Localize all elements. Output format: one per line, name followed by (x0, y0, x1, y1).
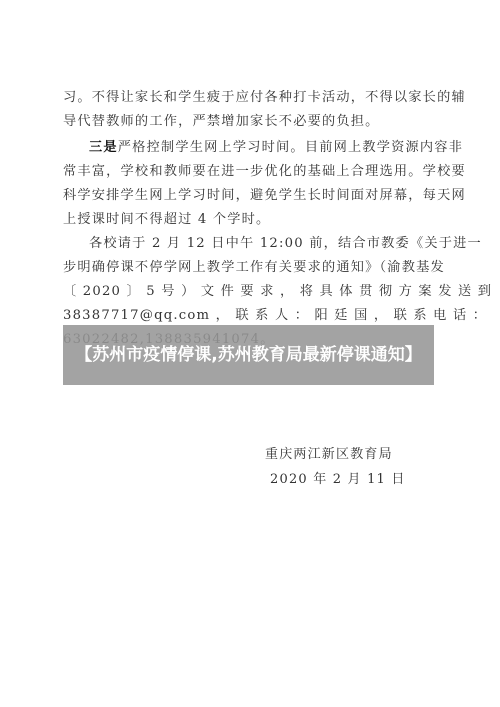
text-line: 各校请于 2 月 12 日中午 12:00 前，结合市教委《关于进一 (63, 232, 435, 256)
text-line: 习。不得让家长和学生疲于应付各种打卡活动，不得以家长的辅 (63, 86, 435, 110)
text-line: 三是严格控制学生网上学习时间。目前网上教学资源内容非 (63, 136, 435, 160)
overlay-title: 【苏州市疫情停课,苏州教育局最新停课通知】 (74, 344, 424, 366)
signature-date: 2020 年 2 月 11 日 (270, 468, 406, 487)
text-line: 上授课时间不得超过 4 个学时。 (63, 208, 435, 232)
signature-organization: 重庆两江新区教育局 (265, 443, 393, 462)
text-line: 导代替教师的工作，严禁增加家长不必要的负担。 (63, 110, 435, 134)
document-page: 习。不得让家长和学生疲于应付各种打卡活动，不得以家长的辅 导代替教师的工作，严禁… (0, 0, 500, 707)
text-line: 步明确停课不停学网上教学工作有关要求的通知》（渝教基发 (63, 256, 435, 280)
text-span: 严格控制学生网上学习时间。目前网上教学资源内容非 (118, 140, 463, 155)
text-line: 常丰富，学校和教师要在进一步优化的基础上合理选用。学校要 (63, 160, 435, 184)
paragraph-study-time: 三是严格控制学生网上学习时间。目前网上教学资源内容非 常丰富，学校和教师要在进一… (63, 136, 435, 232)
paragraph-parent-burden: 习。不得让家长和学生疲于应付各种打卡活动，不得以家长的辅 导代替教师的工作，严禁… (63, 86, 435, 134)
title-overlay-banner: 【苏州市疫情停课,苏州教育局最新停课通知】 (63, 325, 434, 385)
text-line: 科学安排学生网上学习时间，避免学生长时间面对屏幕，每天网 (63, 184, 435, 208)
bold-lead: 三是 (89, 140, 118, 155)
text-line: 〔 2020 〕 5 号 ） 文 件 要 求 ， 将 具 体 贯 彻 方 案 发… (63, 280, 435, 304)
